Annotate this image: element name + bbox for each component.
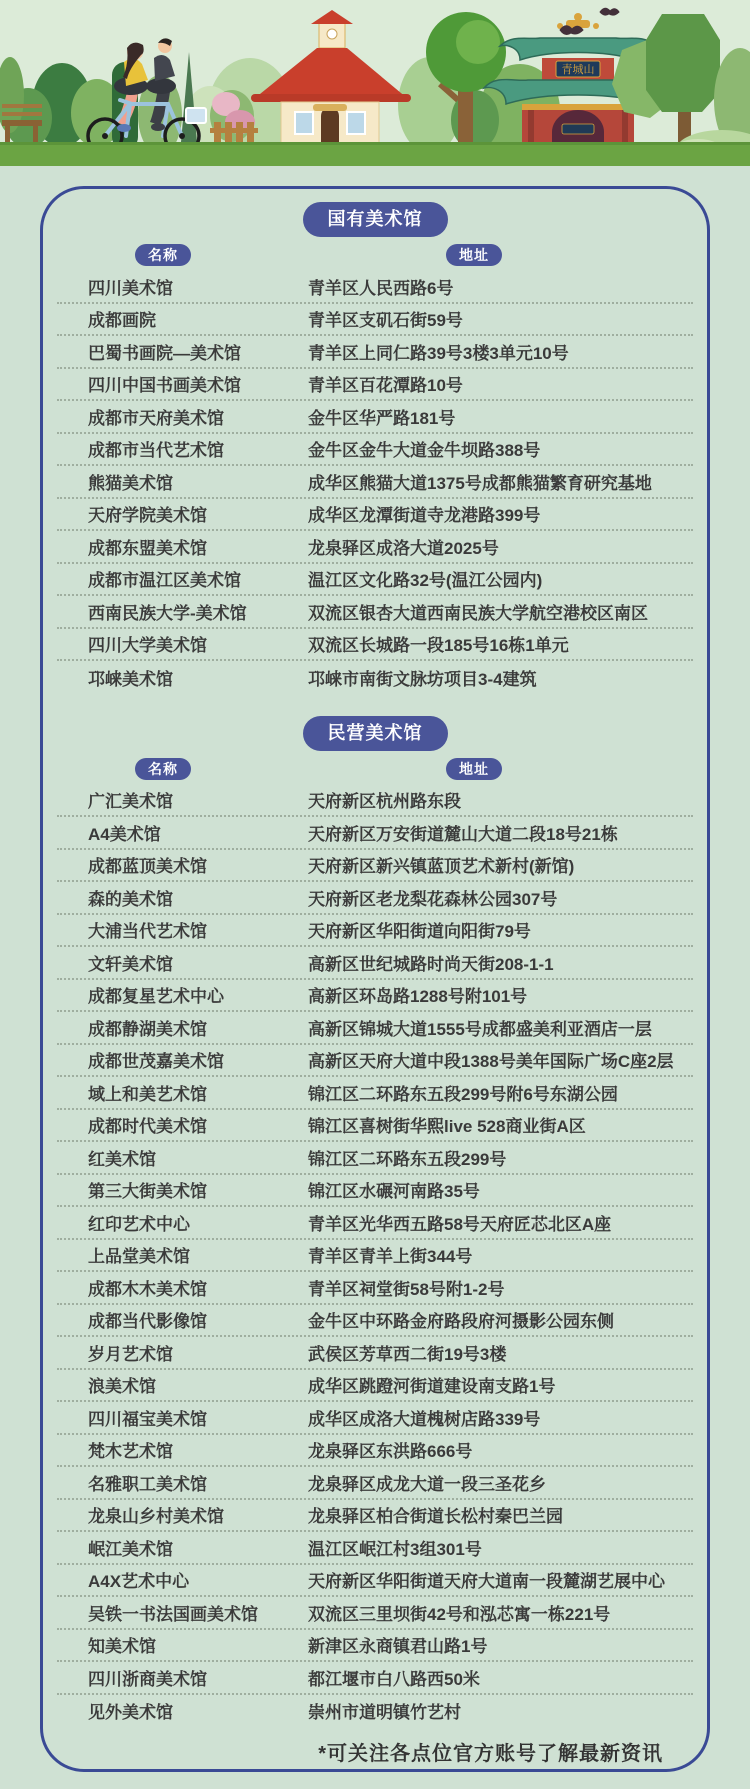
table-row: 梵木艺术馆龙泉驿区东洪路666号 — [57, 1435, 693, 1468]
table-row: 四川美术馆青羊区人民西路6号 — [57, 271, 693, 304]
museum-name: 域上和美艺术馆 — [88, 1080, 308, 1105]
museum-name: 成都蓝顶美术馆 — [88, 852, 308, 877]
museum-name: A4美术馆 — [88, 820, 308, 845]
museum-address: 成华区龙潭街道寺龙港路399号 — [308, 501, 693, 526]
museum-address: 都江堰市白八路西50米 — [308, 1665, 693, 1690]
museum-name: 四川美术馆 — [88, 274, 308, 299]
museum-address: 天府新区杭州路东段 — [308, 787, 693, 812]
table-row: 红美术馆锦江区二环路东五段299号 — [57, 1142, 693, 1175]
museum-address: 成华区熊猫大道1375号成都熊猫繁育研究基地 — [308, 469, 693, 494]
museum-name: 邛崃美术馆 — [88, 665, 308, 690]
museum-address: 青羊区祠堂街58号附1-2号 — [308, 1275, 693, 1300]
museum-address: 锦江区二环路东五段299号 — [308, 1145, 693, 1170]
section-rows: 广汇美术馆天府新区杭州路东段A4美术馆天府新区万安街道麓山大道二段18号21栋成… — [43, 785, 707, 1728]
museum-address: 天府新区老龙梨花森林公园307号 — [308, 885, 693, 910]
museum-address: 青羊区青羊上街344号 — [308, 1242, 693, 1267]
table-row: 红印艺术中心青羊区光华西五路58号天府匠芯北区A座 — [57, 1207, 693, 1240]
museum-name: 成都世茂嘉美术馆 — [88, 1047, 308, 1072]
museum-address: 双流区长城路一段185号16栋1单元 — [308, 631, 693, 656]
footer-note: *可关注各点位官方账号了解最新资讯 — [43, 1727, 707, 1766]
section-title-badge: 民营美术馆 — [303, 716, 448, 751]
table-row: 西南民族大学-美术馆双流区银杏大道西南民族大学航空港校区南区 — [57, 596, 693, 629]
museum-name: 成都木木美术馆 — [88, 1275, 308, 1300]
museum-address: 双流区银杏大道西南民族大学航空港校区南区 — [308, 599, 693, 624]
table-row: 成都画院青羊区支矶石街59号 — [57, 304, 693, 337]
museum-address: 天府新区新兴镇蓝顶艺术新村(新馆) — [308, 852, 693, 877]
museum-address: 龙泉驿区成龙大道一段三圣花乡 — [308, 1470, 693, 1495]
museum-section: 民营美术馆 名称 地址 广汇美术馆天府新区杭州路东段A4美术馆天府新区万安街道麓… — [43, 716, 707, 1728]
museum-address: 龙泉驿区成洛大道2025号 — [308, 534, 693, 559]
museum-address: 温江区岷江村3组301号 — [308, 1535, 693, 1560]
museum-name: 名雅职工美术馆 — [88, 1470, 308, 1495]
table-row: 成都市天府美术馆金牛区华严路181号 — [57, 401, 693, 434]
museum-name: A4X艺术中心 — [88, 1567, 308, 1592]
museum-address: 锦江区水碾河南路35号 — [308, 1177, 693, 1202]
museum-name: 吴铁一书法国画美术馆 — [88, 1600, 308, 1625]
name-column-badge: 名称 — [135, 244, 191, 266]
museum-address: 天府新区华阳街道天府大道南一段麓湖艺展中心 — [308, 1567, 693, 1592]
museum-name: 广汇美术馆 — [88, 787, 308, 812]
museum-address: 青羊区支矶石街59号 — [308, 306, 693, 331]
table-row: 成都复星艺术中心高新区环岛路1288号附101号 — [57, 980, 693, 1013]
museum-address: 高新区环岛路1288号附101号 — [308, 982, 693, 1007]
museum-address: 高新区天府大道中段1388号美年国际广场C座2层 — [308, 1047, 693, 1072]
museum-name: 森的美术馆 — [88, 885, 308, 910]
museum-name: 四川大学美术馆 — [88, 631, 308, 656]
table-row: 四川中国书画美术馆青羊区百花潭路10号 — [57, 369, 693, 402]
table-row: 成都当代影像馆金牛区中环路金府路段府河摄影公园东侧 — [57, 1305, 693, 1338]
museum-name: 浪美术馆 — [88, 1372, 308, 1397]
museum-address: 青羊区人民西路6号 — [308, 274, 693, 299]
table-row: 成都市当代艺术馆金牛区金牛大道金牛坝路388号 — [57, 434, 693, 467]
table-row: 名雅职工美术馆龙泉驿区成龙大道一段三圣花乡 — [57, 1467, 693, 1500]
table-row: 四川大学美术馆双流区长城路一段185号16栋1单元 — [57, 629, 693, 662]
museum-address: 成华区成洛大道槐树店路339号 — [308, 1405, 693, 1430]
museum-name: 第三大街美术馆 — [88, 1177, 308, 1202]
museum-address: 邛崃市南街文脉坊项目3-4建筑 — [308, 665, 693, 690]
museum-address: 崇州市道明镇竹艺村 — [308, 1698, 693, 1723]
column-headers: 名称 地址 — [43, 758, 707, 781]
address-column-badge: 地址 — [446, 758, 502, 780]
museum-name: 四川中国书画美术馆 — [88, 371, 308, 396]
table-row: 熊猫美术馆成华区熊猫大道1375号成都熊猫繁育研究基地 — [57, 466, 693, 499]
table-row: 巴蜀书画院—美术馆青羊区上同仁路39号3楼3单元10号 — [57, 336, 693, 369]
table-row: 域上和美艺术馆锦江区二环路东五段299号附6号东湖公园 — [57, 1077, 693, 1110]
table-row: 四川浙商美术馆都江堰市白八路西50米 — [57, 1662, 693, 1695]
table-row: 天府学院美术馆成华区龙潭街道寺龙港路399号 — [57, 499, 693, 532]
museum-address: 天府新区华阳街道向阳街79号 — [308, 917, 693, 942]
museum-address: 青羊区上同仁路39号3楼3单元10号 — [308, 339, 693, 364]
museum-section: 国有美术馆 名称 地址 四川美术馆青羊区人民西路6号成都画院青羊区支矶石街59号… — [43, 202, 707, 694]
museum-name: 见外美术馆 — [88, 1698, 308, 1723]
museum-name: 红印艺术中心 — [88, 1210, 308, 1235]
table-row: A4美术馆天府新区万安街道麓山大道二段18号21栋 — [57, 817, 693, 850]
left-trees — [0, 57, 138, 150]
table-row: 大浦当代艺术馆天府新区华阳街道向阳街79号 — [57, 915, 693, 948]
sections: 国有美术馆 名称 地址 四川美术馆青羊区人民西路6号成都画院青羊区支矶石街59号… — [43, 202, 707, 1727]
museum-name: 龙泉山乡村美术馆 — [88, 1502, 308, 1527]
museum-name: 岷江美术馆 — [88, 1535, 308, 1560]
museum-address: 青羊区光华西五路58号天府匠芯北区A座 — [308, 1210, 693, 1235]
table-row: 成都木木美术馆青羊区祠堂街58号附1-2号 — [57, 1272, 693, 1305]
museum-address: 金牛区中环路金府路段府河摄影公园东侧 — [308, 1307, 693, 1332]
museum-name: 成都市温江区美术馆 — [88, 566, 308, 591]
museum-address: 新津区永商镇君山路1号 — [308, 1632, 693, 1657]
museum-address: 高新区世纪城路时尚天街208-1-1 — [308, 950, 693, 975]
museum-address: 高新区锦城大道1555号成都盛美利亚酒店一层 — [308, 1015, 693, 1040]
museum-name: 四川浙商美术馆 — [88, 1665, 308, 1690]
museum-name: 文轩美术馆 — [88, 950, 308, 975]
museum-address: 成华区跳蹬河街道建设南支路1号 — [308, 1372, 693, 1397]
museum-name: 成都时代美术馆 — [88, 1112, 308, 1137]
museum-address: 青羊区百花潭路10号 — [308, 371, 693, 396]
table-row: 知美术馆新津区永商镇君山路1号 — [57, 1630, 693, 1663]
grass — [0, 142, 750, 166]
table-row: 成都时代美术馆锦江区喜树街华熙live 528商业街A区 — [57, 1110, 693, 1143]
table-row: 文轩美术馆高新区世纪城路时尚天街208-1-1 — [57, 947, 693, 980]
museum-name: 成都当代影像馆 — [88, 1307, 308, 1332]
table-row: 浪美术馆成华区跳蹬河街道建设南支路1号 — [57, 1370, 693, 1403]
museum-address: 金牛区金牛大道金牛坝路388号 — [308, 436, 693, 461]
museum-name: 熊猫美术馆 — [88, 469, 308, 494]
museum-name: 成都画院 — [88, 306, 308, 331]
name-column-badge: 名称 — [135, 758, 191, 780]
museum-name: 四川福宝美术馆 — [88, 1405, 308, 1430]
table-row: 成都静湖美术馆高新区锦城大道1555号成都盛美利亚酒店一层 — [57, 1012, 693, 1045]
table-row: 邛崃美术馆邛崃市南街文脉坊项目3-4建筑 — [57, 661, 693, 694]
museum-name: 上品堂美术馆 — [88, 1242, 308, 1267]
table-row: 成都市温江区美术馆温江区文化路32号(温江公园内) — [57, 564, 693, 597]
museum-name: 成都市天府美术馆 — [88, 404, 308, 429]
table-row: 上品堂美术馆青羊区青羊上街344号 — [57, 1240, 693, 1273]
table-row: 第三大街美术馆锦江区水碾河南路35号 — [57, 1175, 693, 1208]
museum-address: 龙泉驿区柏合街道长松村秦巴兰园 — [308, 1502, 693, 1527]
museum-address: 锦江区二环路东五段299号附6号东湖公园 — [308, 1080, 693, 1105]
table-row: 广汇美术馆天府新区杭州路东段 — [57, 785, 693, 818]
museum-name: 成都复星艺术中心 — [88, 982, 308, 1007]
table-row: 见外美术馆崇州市道明镇竹艺村 — [57, 1695, 693, 1728]
table-row: 岷江美术馆温江区岷江村3组301号 — [57, 1532, 693, 1565]
museum-list-card: 国有美术馆 名称 地址 四川美术馆青羊区人民西路6号成都画院青羊区支矶石街59号… — [40, 186, 710, 1772]
museum-address: 武侯区芳草西二街19号3楼 — [308, 1340, 693, 1365]
section-title-badge: 国有美术馆 — [303, 202, 448, 237]
table-row: 四川福宝美术馆成华区成洛大道槐树店路339号 — [57, 1402, 693, 1435]
museum-name: 成都静湖美术馆 — [88, 1015, 308, 1040]
address-column-badge: 地址 — [446, 244, 502, 266]
museum-address: 金牛区华严路181号 — [308, 404, 693, 429]
section-rows: 四川美术馆青羊区人民西路6号成都画院青羊区支矶石街59号巴蜀书画院—美术馆青羊区… — [43, 271, 707, 694]
museum-name: 知美术馆 — [88, 1632, 308, 1657]
museum-name: 梵木艺术馆 — [88, 1437, 308, 1462]
table-row: 岁月艺术馆武侯区芳草西二街19号3楼 — [57, 1337, 693, 1370]
museum-name: 巴蜀书画院—美术馆 — [88, 339, 308, 364]
table-row: 成都蓝顶美术馆天府新区新兴镇蓝顶艺术新村(新馆) — [57, 850, 693, 883]
table-row: A4X艺术中心天府新区华阳街道天府大道南一段麓湖艺展中心 — [57, 1565, 693, 1598]
header-illustration: 青城山 — [0, 0, 750, 166]
museum-name: 红美术馆 — [88, 1145, 308, 1170]
museum-name: 成都市当代艺术馆 — [88, 436, 308, 461]
table-row: 龙泉山乡村美术馆龙泉驿区柏合街道长松村秦巴兰园 — [57, 1500, 693, 1533]
table-row: 吴铁一书法国画美术馆双流区三里坝街42号和泓芯寓一栋221号 — [57, 1597, 693, 1630]
column-headers: 名称 地址 — [43, 244, 707, 267]
museum-address: 龙泉驿区东洪路666号 — [308, 1437, 693, 1462]
museum-name: 大浦当代艺术馆 — [88, 917, 308, 942]
grass-edge — [0, 142, 750, 145]
museum-name: 岁月艺术馆 — [88, 1340, 308, 1365]
museum-name: 天府学院美术馆 — [88, 501, 308, 526]
museum-name: 西南民族大学-美术馆 — [88, 599, 308, 624]
table-row: 森的美术馆天府新区老龙梨花森林公园307号 — [57, 882, 693, 915]
museum-address: 锦江区喜树街华熙live 528商业街A区 — [308, 1112, 693, 1137]
museum-address: 双流区三里坝街42号和泓芯寓一栋221号 — [308, 1600, 693, 1625]
museum-name: 成都东盟美术馆 — [88, 534, 308, 559]
museum-address: 温江区文化路32号(温江公园内) — [308, 566, 693, 591]
table-row: 成都世茂嘉美术馆高新区天府大道中段1388号美年国际广场C座2层 — [57, 1045, 693, 1078]
table-row: 成都东盟美术馆龙泉驿区成洛大道2025号 — [57, 531, 693, 564]
temple-plaque-text: 青城山 — [562, 62, 595, 76]
museum-address: 天府新区万安街道麓山大道二段18号21栋 — [308, 820, 693, 845]
